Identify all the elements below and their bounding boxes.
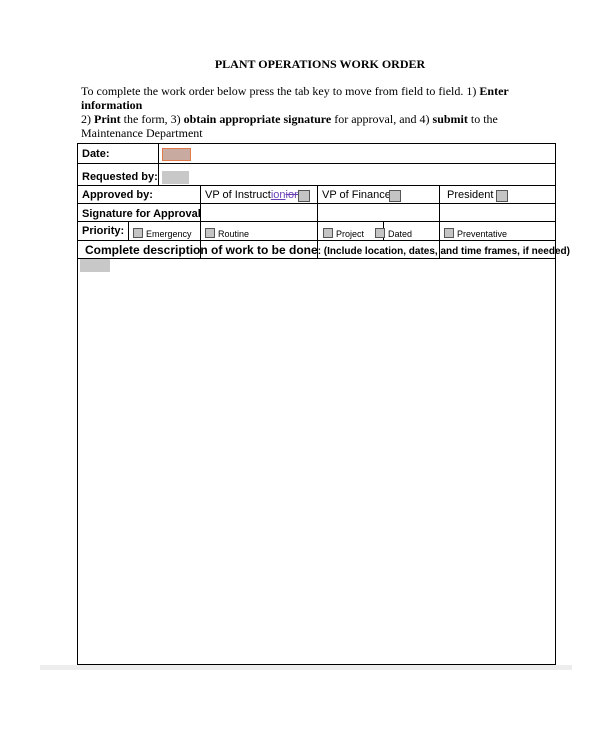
priority-emergency-label: Emergency: [146, 229, 192, 239]
priority-preventative-label: Preventative: [457, 229, 507, 239]
page-bottom-shadow: [40, 665, 572, 670]
priority-routine-checkbox[interactable]: [205, 228, 215, 238]
signature-vp-finance-cell[interactable]: [318, 204, 439, 221]
priority-routine-label: Routine: [218, 229, 249, 239]
priority-preventative-checkbox[interactable]: [444, 228, 454, 238]
vp-finance-label: VP of Finance: [322, 189, 391, 201]
president-label: President: [447, 189, 493, 201]
requested-by-label: Requested by:: [82, 171, 158, 183]
approved-by-label: Approved by:: [82, 189, 153, 201]
priority-label: Priority:: [82, 225, 124, 237]
president-checkbox[interactable]: [496, 190, 508, 202]
document-title: PLANT OPERATIONS WORK ORDER: [0, 57, 600, 72]
date-input[interactable]: [162, 148, 191, 161]
signature-president-cell[interactable]: [440, 204, 555, 221]
instructions-paragraph: To complete the work order below press t…: [81, 84, 561, 140]
vp-instruction-checkbox[interactable]: [298, 190, 310, 202]
description-input[interactable]: [80, 259, 110, 272]
priority-project-label: Project: [336, 229, 364, 239]
signature-vp-instruction-cell[interactable]: [201, 204, 317, 221]
requested-by-input[interactable]: [162, 171, 189, 184]
priority-dated-label: Dated: [388, 229, 412, 239]
signature-label: Signature for Approval: [82, 208, 201, 220]
priority-dated-checkbox[interactable]: [375, 228, 385, 238]
priority-project-checkbox[interactable]: [323, 228, 333, 238]
work-order-form: Date: Requested by: Approved by: VP of I…: [77, 143, 556, 665]
description-label: Complete description of work to be done:…: [85, 243, 570, 257]
priority-emergency-checkbox[interactable]: [133, 228, 143, 238]
vp-instruction-label: VP of Instructionion: [205, 189, 300, 201]
vp-finance-checkbox[interactable]: [389, 190, 401, 202]
date-label: Date:: [82, 148, 110, 160]
